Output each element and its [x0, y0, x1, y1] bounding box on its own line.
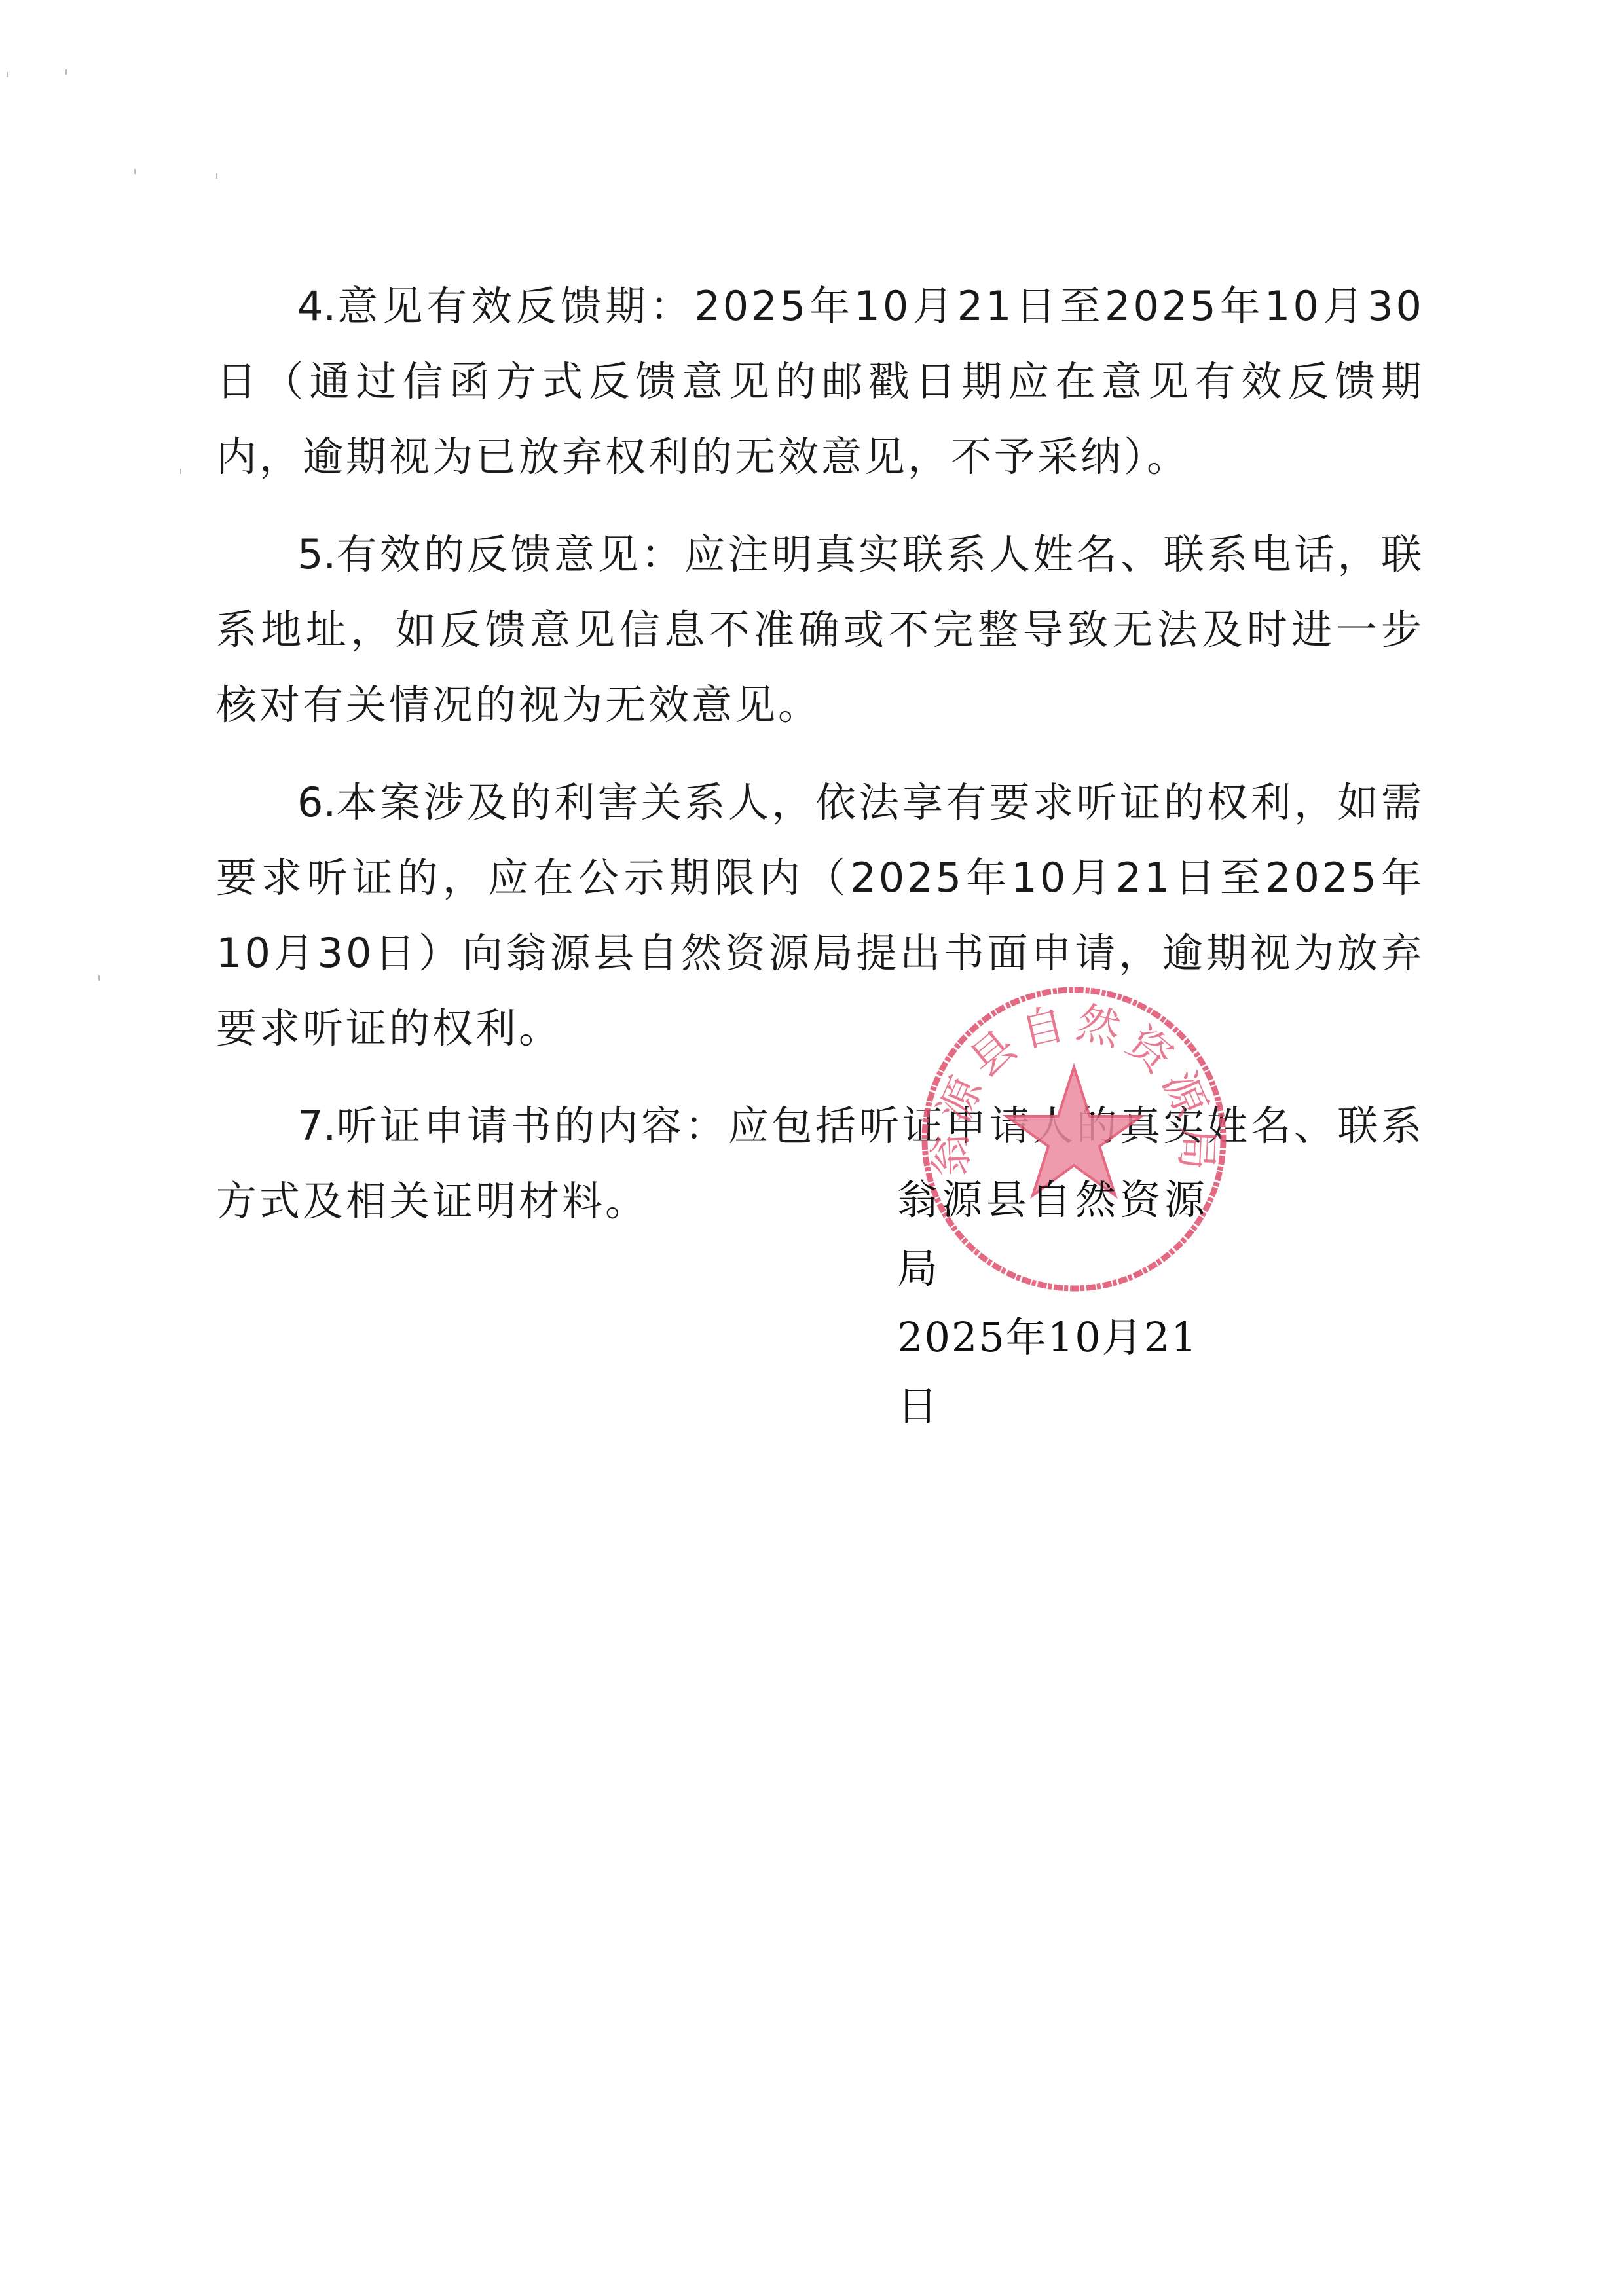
scan-speck	[98, 975, 100, 981]
issuing-organization: 翁源县自然资源局	[897, 1165, 1238, 1303]
scan-speck	[65, 69, 67, 75]
scan-speck	[7, 72, 8, 77]
notice-body: 4.意见有效反馈期：2025年10月21日至2025年10月30日（通过信函方式…	[216, 268, 1424, 1261]
issue-date: 2025年10月21日	[897, 1303, 1238, 1440]
paragraph-number: 4.	[297, 282, 336, 330]
paragraph-5: 5.有效的反馈意见：应注明真实联系人姓名、联系电话，联系地址，如反馈意见信息不准…	[216, 517, 1424, 742]
scan-speck	[216, 173, 217, 179]
document-page: 4.意见有效反馈期：2025年10月21日至2025年10月30日（通过信函方式…	[0, 0, 1624, 2296]
paragraph-7: 7.听证申请书的内容：应包括听证申请人的真实姓名、联系方式及相关证明材料。	[216, 1088, 1424, 1239]
paragraph-4: 4.意见有效反馈期：2025年10月21日至2025年10月30日（通过信函方式…	[216, 268, 1424, 494]
scan-speck	[180, 469, 181, 474]
paragraph-text: 本案涉及的利害关系人，依法享有要求听证的权利，如需要求听证的，应在公示期限内（2…	[216, 778, 1424, 1052]
paragraph-number: 7.	[297, 1102, 336, 1150]
paragraph-text: 意见有效反馈期：2025年10月21日至2025年10月30日（通过信函方式反馈…	[216, 282, 1424, 481]
scan-speck	[134, 169, 136, 174]
paragraph-6: 6.本案涉及的利害关系人，依法享有要求听证的权利，如需要求听证的，应在公示期限内…	[216, 765, 1424, 1066]
paragraph-text: 听证申请书的内容：应包括听证申请人的真实姓名、联系方式及相关证明材料。	[216, 1102, 1424, 1225]
signature-block: 翁源县自然资源局 2025年10月21日	[897, 1165, 1238, 1440]
paragraph-number: 6.	[297, 778, 336, 826]
paragraph-number: 5.	[297, 530, 336, 578]
paragraph-text: 有效的反馈意见：应注明真实联系人姓名、联系电话，联系地址，如反馈意见信息不准确或…	[216, 530, 1424, 729]
